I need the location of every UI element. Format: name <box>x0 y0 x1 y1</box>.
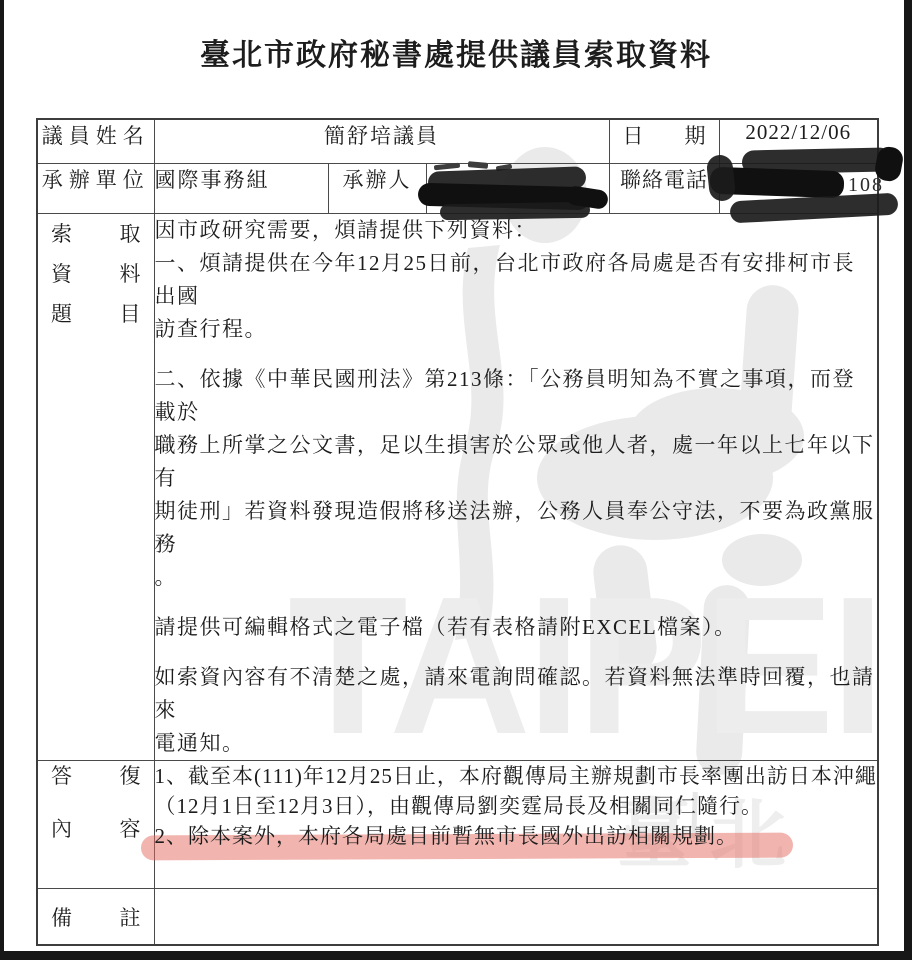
paragraph: 如索資內容有不清楚之處，請來電詢問確認。若資料無法準時回覆，也請來電通知。 <box>155 661 878 760</box>
text-line: 訪查行程。 <box>155 313 878 346</box>
reply-label: 答復內容 <box>38 761 154 844</box>
remarks-label: 備註 <box>38 903 154 933</box>
date-label: 日期 <box>610 120 719 152</box>
remarks-label-cell: 備註 <box>37 888 154 945</box>
reply-line: （12月1日至12月3日），由觀傳局劉奕霆局長及相關同仁隨行。 <box>155 791 878 821</box>
topic-label: 索取資料題目 <box>38 214 154 334</box>
photo-edge-left <box>0 0 4 960</box>
label-char-row: 日期 <box>610 120 719 152</box>
remarks-content <box>154 888 878 945</box>
member-name-label-cell: 議員姓名 <box>37 119 154 163</box>
text-line: 電通知。 <box>155 727 878 760</box>
paragraph: 因市政研究需要，煩請提供下列資料：一、煩請提供在今年12月25日前，台北市政府各… <box>155 214 878 346</box>
text-line: 職務上所掌之公文書，足以生損害於公眾或他人者，處一年以上七年以下有 <box>155 429 878 495</box>
phone-label: 聯絡電話 <box>609 163 719 213</box>
label-char-row: 備註 <box>38 903 154 933</box>
request-form-table: 議員姓名 簡舒培議員 日期 2022/12/06 承辦單位 國際事務組 承辦人 … <box>36 118 879 946</box>
label-char-row: 資料 <box>38 254 154 294</box>
label-char-row: 題目 <box>38 294 154 334</box>
unit-value: 國際事務組 <box>154 163 328 213</box>
reply-label-cell: 答復內容 <box>37 760 154 888</box>
table-row: 答復內容 1、截至本(111)年12月25日止，本府觀傳局主辦規劃市長率團出訪日… <box>37 760 878 888</box>
member-name-label: 議員姓名 <box>38 120 154 152</box>
reply-line-highlighted: 2、除本案外，本府各局處目前暫無市長國外出訪相關規劃。 <box>155 821 878 851</box>
label-char-row: 答復 <box>38 761 154 791</box>
handler-label: 承辦人 <box>328 163 426 213</box>
photo-edge-right <box>904 0 912 960</box>
reply-content: 1、截至本(111)年12月25日止，本府觀傳局主辦規劃市長率團出訪日本沖繩 （… <box>154 760 878 888</box>
table-row: 備註 <box>37 888 878 945</box>
photo-edge-bottom <box>0 951 912 960</box>
member-name-value: 簡舒培議員 <box>154 119 609 163</box>
reply-line: 1、截至本(111)年12月25日止，本府觀傳局主辦規劃市長率團出訪日本沖繩 <box>155 761 878 791</box>
text-line: 一、煩請提供在今年12月25日前，台北市政府各局處是否有安排柯市長出國 <box>155 247 878 313</box>
text-line: 期徒刑」若資料發現造假將移送法辦，公務人員奉公守法，不要為政黨服務 <box>155 495 878 561</box>
text-line: 如索資內容有不清楚之處，請來電詢問確認。若資料無法準時回覆，也請來 <box>155 661 878 727</box>
text-line: 。 <box>155 561 878 594</box>
label-char-row: 內容 <box>38 814 154 844</box>
unit-label: 承辦單位 <box>38 164 154 196</box>
topic-content: 因市政研究需要，煩請提供下列資料：一、煩請提供在今年12月25日前，台北市政府各… <box>154 213 878 760</box>
unit-label-cell: 承辦單位 <box>37 163 154 213</box>
text-line: 二、依據《中華民國刑法》第213條：「公務員明知為不實之事項，而登載於 <box>155 363 878 429</box>
paragraph: 二、依據《中華民國刑法》第213條：「公務員明知為不實之事項，而登載於職務上所掌… <box>155 363 878 594</box>
table-row: 索取資料題目 因市政研究需要，煩請提供下列資料：一、煩請提供在今年12月25日前… <box>37 213 878 760</box>
paragraph: 請提供可編輯格式之電子檔（若有表格請附EXCEL檔案）。 <box>155 611 878 644</box>
text-line: 請提供可編輯格式之電子檔（若有表格請附EXCEL檔案）。 <box>155 611 878 644</box>
page-title: 臺北市政府秘書處提供議員索取資料 <box>0 30 912 74</box>
date-label-cell: 日期 <box>609 119 719 163</box>
document-photo: TAIPEI 臺北 臺北市政府秘書處提供議員索取資料 議員姓名 簡舒培議員 日期… <box>0 0 912 960</box>
handler-redaction-scribble <box>418 160 608 226</box>
topic-label-cell: 索取資料題目 <box>37 213 154 760</box>
label-char-row: 索取 <box>38 214 154 254</box>
phone-redaction-scribble: 108 <box>710 147 902 227</box>
